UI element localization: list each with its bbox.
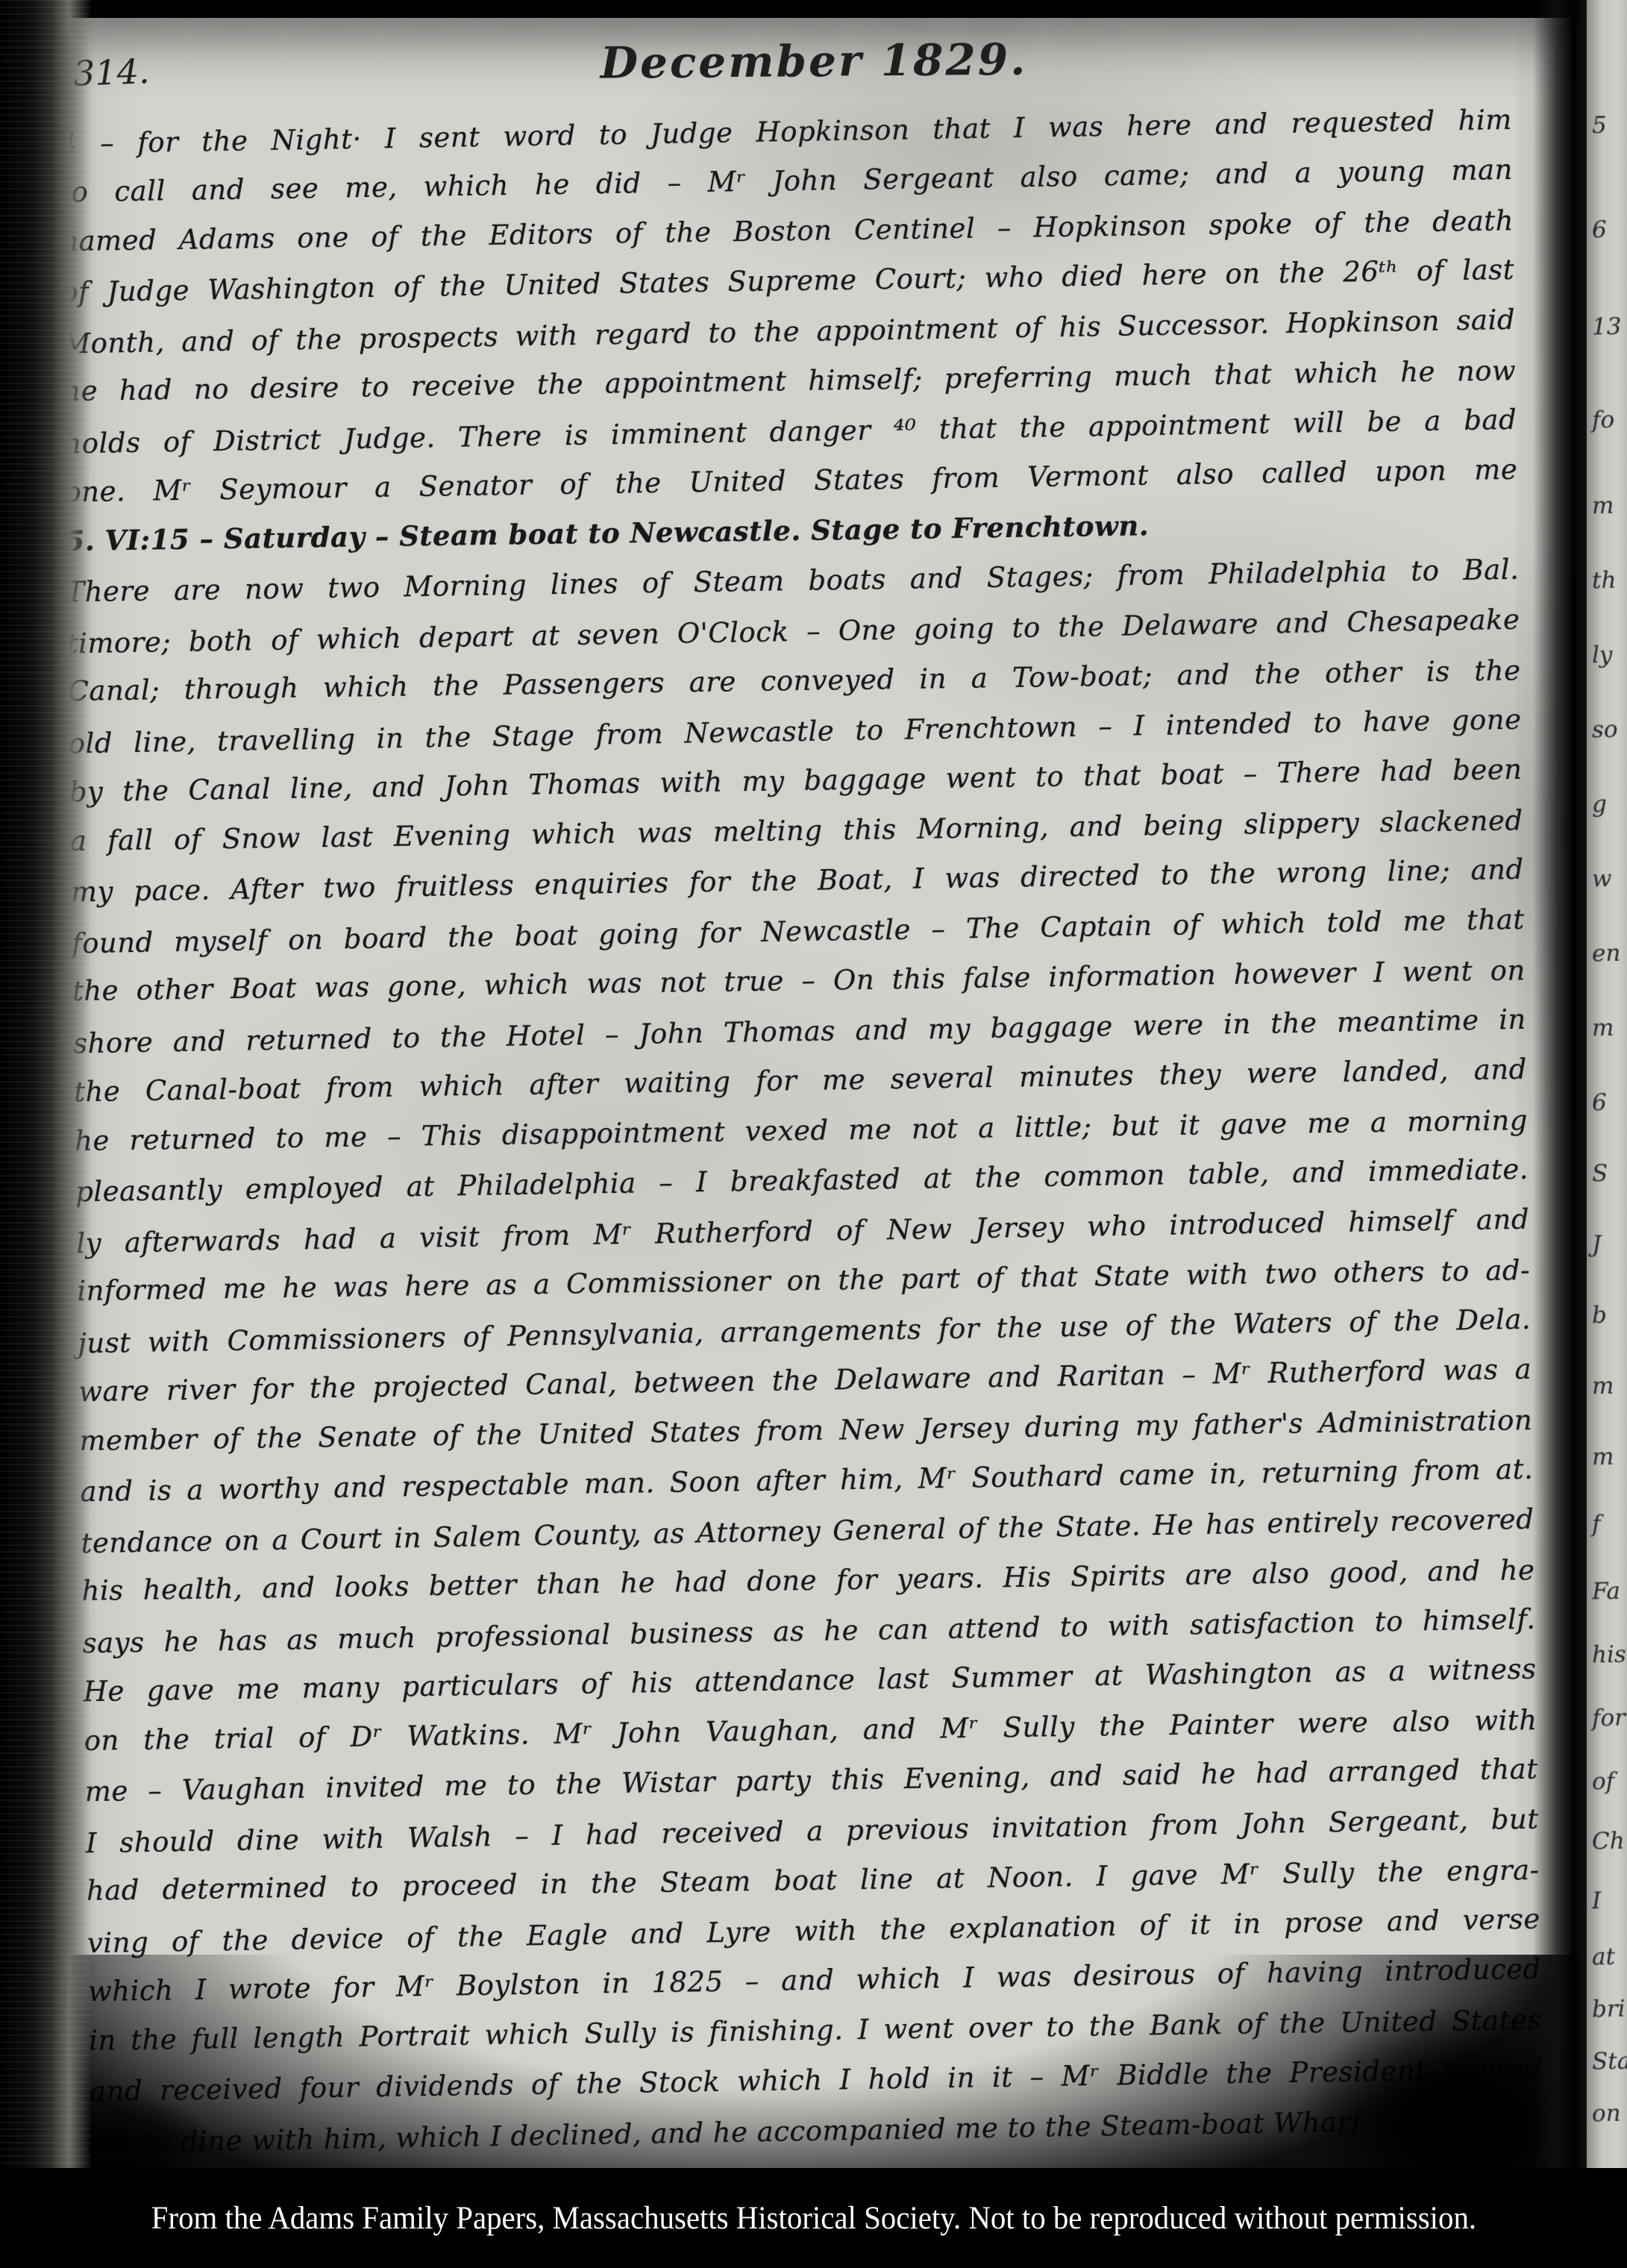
facing-page-text-fragment: m [1592,1015,1614,1042]
facing-page-text-fragment: at [1592,1943,1616,1971]
facing-page-text-fragment: w [1592,865,1612,892]
facing-page-text-fragment: 5 [1592,112,1607,139]
facing-page-text-fragment: g [1592,791,1607,818]
facing-page-text-fragment: f [1592,1511,1601,1538]
manuscript-text-block: 4 – for the Night· I sent word to Judge … [59,95,1544,2167]
page-title: December 1829. [49,29,1579,93]
facing-page-text-fragment: en [1592,940,1621,968]
facing-page-text-fragment: th [1592,567,1617,595]
facing-page-text-fragment: m [1592,492,1614,520]
facing-page-text-fragment: 6 [1592,1089,1607,1116]
facing-page-text-fragment: J [1592,1231,1602,1258]
facing-page-edge: 5613fomthlysogwenm6SJbmmfFahisforofChIat… [1587,0,1627,2174]
facing-page-text-fragment: so [1592,716,1618,744]
page-gutter-shadow [1533,0,1590,2268]
facing-page-text-fragment: for [1592,1705,1626,1732]
facing-page-text-fragment: fo [1592,407,1615,434]
facing-page-text-fragment: b [1592,1302,1607,1329]
photo-top-edge [0,0,1627,18]
facing-page-text-fragment: Fa [1592,1578,1621,1606]
facing-page-text-fragment: Sta [1592,2048,1627,2076]
facing-page-text-fragment: 13 [1592,313,1622,341]
facing-page-text-fragment: ly [1592,642,1613,668]
caption-bar: From the Adams Family Papers, Massachuse… [0,2168,1627,2268]
facing-page-text-fragment: m [1592,1373,1614,1400]
caption-text: From the Adams Family Papers, Massachuse… [151,2200,1476,2237]
facing-page-text-fragment: Ch [1592,1828,1625,1855]
facing-page-text-fragment: his [1592,1641,1626,1669]
facing-page-text-fragment: 6 [1592,216,1607,243]
facing-page-text-fragment: on [1592,2100,1621,2128]
facing-page-text-fragment: S [1592,1160,1608,1187]
manuscript-photo: 314. December 1829. 4 – for the Night· I… [0,0,1627,2268]
book-spine-edge [0,0,91,2268]
facing-page-text-fragment: m [1592,1444,1614,1471]
facing-page-text-fragment: I [1592,1888,1602,1914]
facing-page-text-fragment: bri [1592,1996,1626,2023]
facing-page-text-fragment: of [1592,1768,1615,1796]
manuscript-page: 314. December 1829. 4 – for the Night· I… [49,18,1579,2186]
